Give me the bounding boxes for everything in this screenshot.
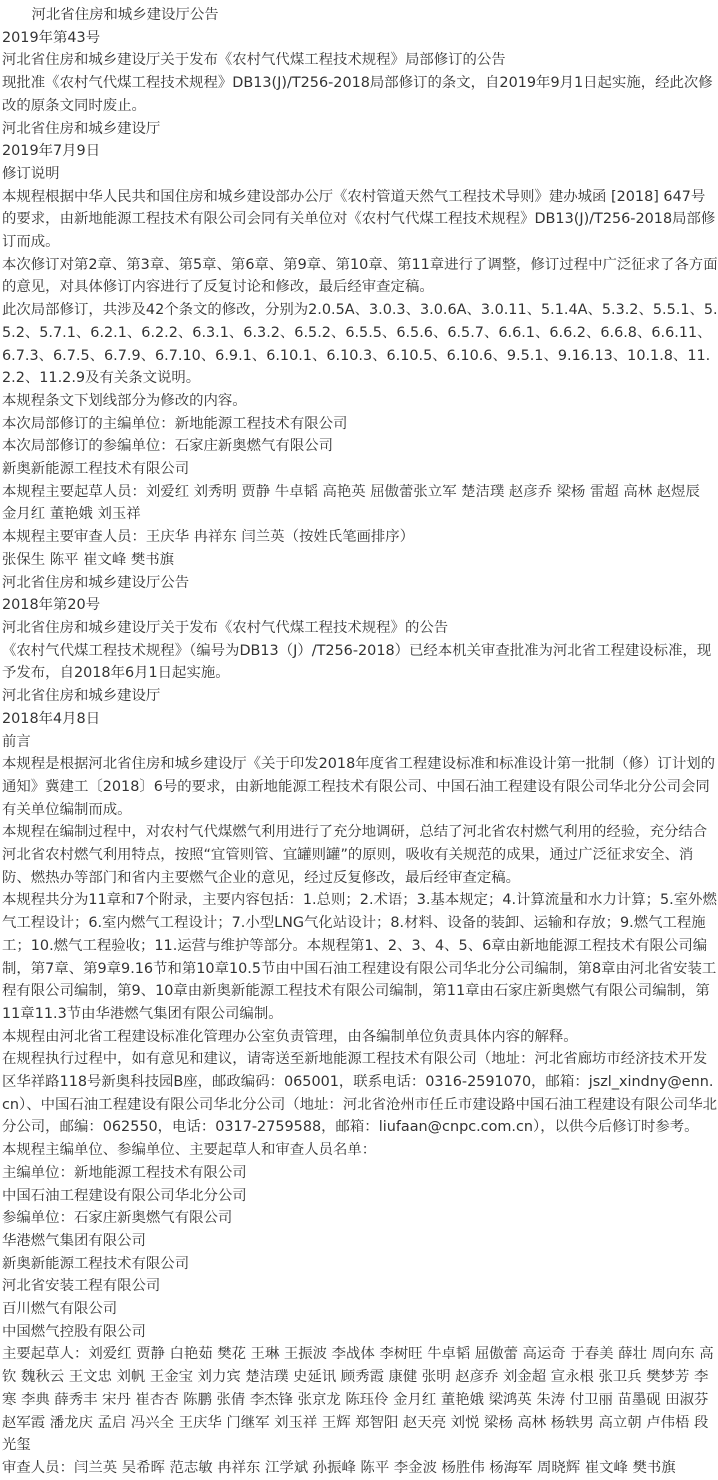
paragraph: 本规程是根据河北省住房和城乡建设厅《关于印发2018年度省工程建设标准和标准设计… [2, 753, 718, 821]
paragraph: 主要起草人：刘爱红 贾静 白艳茹 樊花 王琳 王振波 李战体 李树旺 牛卓韬 屈… [2, 1343, 718, 1457]
paragraph: 新奥新能源工程技术有限公司 [2, 458, 718, 481]
paragraph: 2019年第43号 [2, 27, 718, 50]
paragraph: 此次局部修订，共涉及42个条文的修改，分别为2.0.5A、3.0.3、3.0.6… [2, 299, 718, 390]
paragraph: 本规程主要起草人员：刘爱红 刘秀明 贾静 牛卓韬 高艳英 屈傲蕾张立军 楚洁璞 … [2, 481, 718, 526]
paragraph: 修订说明 [2, 163, 718, 186]
paragraph: 本规程共分为11章和7个附录，主要内容包括：1.总则；2.术语；3.基本规定；4… [2, 889, 718, 1025]
paragraph: 本次修订对第2章、第3章、第5章、第6章、第9章、第10章、第11章进行了调整，… [2, 254, 718, 299]
paragraph: 本规程主编单位、参编单位、主要起草人和审查人员名单： [2, 1139, 718, 1162]
paragraph: 审查人员：闫兰英 吴希晖 范志敏 冉祥东 江学斌 孙振峰 陈平 李金波 杨胜伟 … [2, 1457, 718, 1480]
paragraph: 新奥新能源工程技术有限公司 [2, 1253, 718, 1276]
paragraph: 本规程由河北省工程建设标准化管理办公室负责管理，由各编制单位负责具体内容的解释。 [2, 1026, 718, 1049]
paragraph: 河北省住房和城乡建设厅 [2, 685, 718, 708]
paragraph: 河北省住房和城乡建设厅公告 [2, 572, 718, 595]
paragraph: 在规程执行过程中，如有意见和建议，请寄送至新地能源工程技术有限公司（地址：河北省… [2, 1048, 718, 1139]
paragraph: 中国燃气控股有限公司 [2, 1321, 718, 1344]
paragraph: 2018年4月8日 [2, 708, 718, 731]
paragraph: 河北省住房和城乡建设厅关于发布《农村气代煤工程技术规程》局部修订的公告 [2, 49, 718, 72]
paragraph: 本次局部修订的主编单位：新地能源工程技术有限公司 [2, 413, 718, 436]
paragraph: 本规程根据中华人民共和国住房和城乡建设部办公厅《农村管道天然气工程技术导则》建办… [2, 186, 718, 254]
paragraph: 2019年7月9日 [2, 140, 718, 163]
paragraph: 张保生 陈平 崔文峰 樊书旗 [2, 549, 718, 572]
paragraph: 河北省安装工程有限公司 [2, 1275, 718, 1298]
paragraph: 《农村气代煤工程技术规程》（编号为DB13（J）/T256-2018）已经本机关… [2, 640, 718, 685]
paragraph: 华港燃气集团有限公司 [2, 1230, 718, 1253]
document-body: 河北省住房和城乡建设厅公告2019年第43号河北省住房和城乡建设厅关于发布《农村… [2, 4, 718, 1480]
paragraph: 中国石油工程建设有限公司华北分公司 [2, 1185, 718, 1208]
paragraph: 河北省住房和城乡建设厅关于发布《农村气代煤工程技术规程》的公告 [2, 617, 718, 640]
paragraph: 百川燃气有限公司 [2, 1298, 718, 1321]
paragraph: 前言 [2, 731, 718, 754]
paragraph: 现批准《农村气代煤工程技术规程》DB13(J)/T256-2018局部修订的条文… [2, 72, 718, 117]
paragraph: 参编单位：石家庄新奥燃气有限公司 [2, 1207, 718, 1230]
paragraph: 河北省住房和城乡建设厅 [2, 118, 718, 141]
paragraph: 本规程条文下划线部分为修改的内容。 [2, 390, 718, 413]
paragraph: 本规程在编制过程中，对农村气代煤燃气利用进行了充分地调研，总结了河北省农村燃气利… [2, 821, 718, 889]
paragraph: 河北省住房和城乡建设厅公告 [2, 4, 718, 27]
document-page: 河北省住房和城乡建设厅公告2019年第43号河北省住房和城乡建设厅关于发布《农村… [0, 0, 718, 1480]
paragraph: 本规程主要审查人员：王庆华 冉祥东 闫兰英（按姓氏笔画排序） [2, 526, 718, 549]
paragraph: 2018年第20号 [2, 594, 718, 617]
paragraph: 主编单位：新地能源工程技术有限公司 [2, 1162, 718, 1185]
paragraph: 本次局部修订的参编单位：石家庄新奥燃气有限公司 [2, 435, 718, 458]
